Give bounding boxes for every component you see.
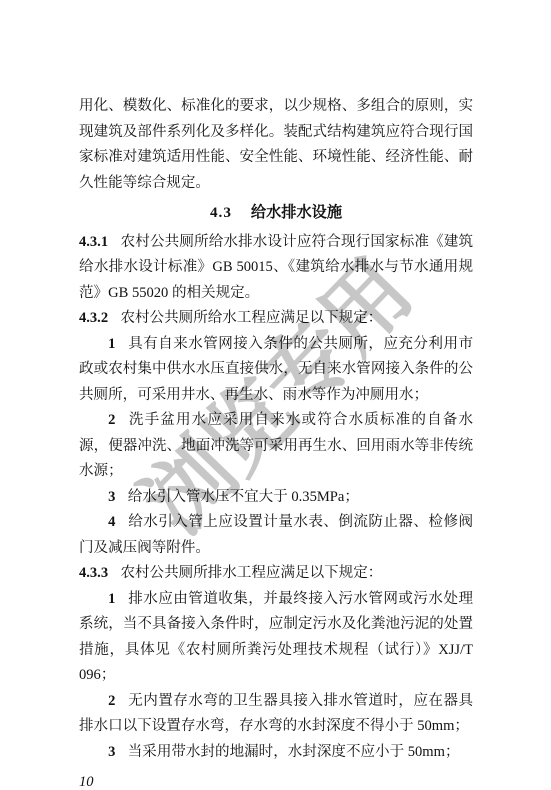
item-number: 2: [108, 412, 115, 428]
clause-4-3-3-item-3: 3当采用带水封的地漏时，水封深度不应小于 50mm；: [79, 740, 473, 766]
clause-4-3-3-item-2: 2无内置存水弯的卫生器具接入排水管道时，应在器具排水口以下设置存水弯，存水弯的水…: [79, 689, 473, 740]
clause-4-3-2-item-2: 2洗手盆用水应采用自来水或符合水质标准的自备水源，便器冲洗、地面冲洗等可采用再生…: [79, 408, 473, 485]
item-text: 具有自来水管网接入条件的公共厕所，应充分利用市政或农村集中供水水压直接供水，无自…: [79, 336, 473, 403]
page-number: 10: [79, 770, 473, 790]
clause-4-3-2-text: 农村公共厕所给水工程应满足以下规定：: [120, 310, 382, 326]
item-text: 当采用带水封的地漏时，水封深度不应小于 50mm；: [128, 744, 460, 760]
clause-4-3-2-item-4: 4给水引入管上应设置计量水表、倒流防止器、检修阀门及减压阀等附件。: [79, 510, 473, 561]
clause-4-3-1: 4.3.1农村公共厕所给水排水设计应符合现行国家标准《建筑给水排水设计标准》GB…: [79, 230, 473, 307]
clause-4-3-1-text: 农村公共厕所给水排水设计应符合现行国家标准《建筑给水排水设计标准》GB 5001…: [79, 234, 473, 301]
intro-paragraph: 用化、模数化、标准化的要求，以少规格、多组合的原则，实现建筑及部件系列化及多样化…: [79, 94, 473, 196]
page-content: 用化、模数化、标准化的要求，以少规格、多组合的原则，实现建筑及部件系列化及多样化…: [79, 94, 473, 790]
item-text: 排水应由管道收集，并最终接入污水管网或污水处理系统，当不具备接入条件时，应制定污…: [79, 591, 473, 684]
item-text: 给水引入管水压不宜大于 0.35MPa；: [128, 489, 359, 505]
item-number: 3: [108, 744, 115, 760]
item-number: 3: [108, 489, 115, 505]
clause-4-3-3-text: 农村公共厕所排水工程应满足以下规定：: [120, 565, 382, 581]
item-text: 给水引入管上应设置计量水表、倒流防止器、检修阀门及减压阀等附件。: [79, 514, 473, 556]
section-heading: 4.3 给水排水设施: [79, 200, 473, 226]
item-text: 洗手盆用水应采用自来水或符合水质标准的自备水源，便器冲洗、地面冲洗等可采用再生水…: [79, 412, 473, 479]
item-number: 2: [108, 693, 115, 709]
section-heading-number: 4.3: [210, 204, 232, 221]
clause-4-3-2-number: 4.3.2: [79, 310, 108, 326]
item-number: 4: [108, 514, 115, 530]
item-text: 无内置存水弯的卫生器具接入排水管道时，应在器具排水口以下设置存水弯，存水弯的水封…: [79, 693, 473, 735]
clause-4-3-3-number: 4.3.3: [79, 565, 108, 581]
clause-4-3-2: 4.3.2农村公共厕所给水工程应满足以下规定：: [79, 306, 473, 332]
section-heading-title: 给水排水设施: [251, 204, 342, 221]
clause-4-3-3: 4.3.3农村公共厕所排水工程应满足以下规定：: [79, 561, 473, 587]
item-number: 1: [108, 591, 115, 607]
item-number: 1: [108, 336, 115, 352]
document-page: 浏览专用 用化、模数化、标准化的要求，以少规格、多组合的原则，实现建筑及部件系列…: [0, 0, 551, 790]
clause-4-3-2-item-1: 1具有自来水管网接入条件的公共厕所，应充分利用市政或农村集中供水水压直接供水，无…: [79, 332, 473, 409]
clause-4-3-2-item-3: 3给水引入管水压不宜大于 0.35MPa；: [79, 485, 473, 511]
clause-4-3-1-number: 4.3.1: [79, 234, 108, 250]
clause-4-3-3-item-1: 1排水应由管道收集，并最终接入污水管网或污水处理系统，当不具备接入条件时，应制定…: [79, 587, 473, 689]
